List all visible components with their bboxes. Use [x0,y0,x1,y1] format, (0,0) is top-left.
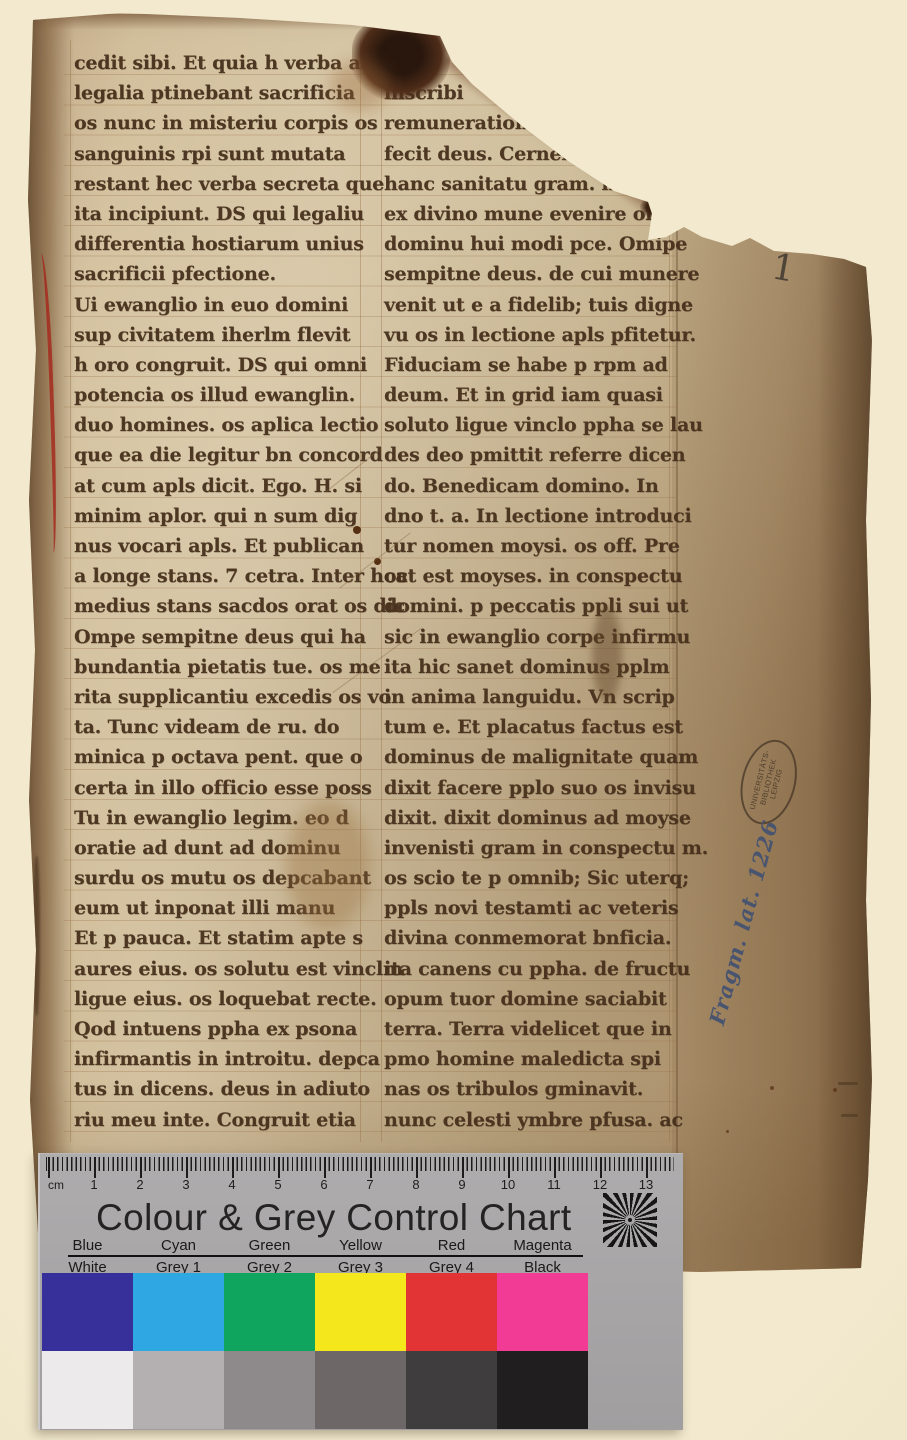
ruler-number: 4 [209,1177,255,1192]
grey-patch [315,1351,406,1429]
grey-patch [133,1351,224,1429]
grey-patch [224,1351,315,1429]
ink-speck [770,1086,774,1090]
manuscript-text-line: tur nomen moysi. os off. Pre [384,531,684,561]
manuscript-text-line: sanguinis rpi sunt mutata [74,139,374,169]
color-patch [224,1273,315,1351]
manuscript-text-line: Qod intuens ppha ex psona [74,1014,374,1044]
manuscript-text-line: potencia os illud ewanglin. [74,380,374,410]
manuscript-text-line: in anima languidu. Vn scrip [384,682,684,712]
manuscript-text-line: venit ut e a fidelib; tuis digne [384,290,684,320]
manuscript-text-line: rita supplicantiu excedis os vo [74,682,374,712]
color-patch-label: Cyan [133,1237,224,1254]
manuscript-text-line: nus vocari apls. Et publican [74,531,374,561]
ruler-number: 1 [71,1177,117,1192]
parchment-top-edge [30,14,450,30]
burn-spot [640,196,666,218]
manuscript-text-line: terra. Terra videlicet que in [384,1014,684,1044]
manuscript-text-line: bundantia pietatis tue. os me [74,652,374,682]
manuscript-text-line: dixit. dixit dominus ad moyse [384,803,684,833]
manuscript-text-line: certa in illo officio esse poss [74,773,374,803]
manuscript-text-line: ppls novi testamti ac veteris [384,893,684,923]
manuscript-text-line: cat est moyses. in conspectu [384,561,684,591]
color-patch-label: Red [406,1237,497,1254]
manuscript-text-line: sempitne deus. de cui munere [384,259,684,289]
label-separator-line [68,1255,583,1257]
color-patch [497,1273,588,1351]
manuscript-text-line: minim aplor. qui n sum dig [74,501,374,531]
ruler-number: 7 [347,1177,393,1192]
manuscript-text-line: nas os tribulos gminavit. [384,1074,684,1104]
manuscript-text-line: remuneration [384,108,684,138]
color-patch [406,1273,497,1351]
color-patch-label: Yellow [315,1237,406,1254]
manuscript-text-line: sic in ewanglio corpe infirmu [384,622,684,652]
manuscript-text-line: ta. Tunc videam de ru. do [74,712,374,742]
manuscript-text-line: restant hec verba secreta que [74,169,374,199]
manuscript-text-line: Ui ewanglio in euo domini [74,290,374,320]
ruler-numbers: 12345678910111213 [71,1177,669,1192]
color-label-row: BlueCyanGreenYellowRedMagenta [42,1237,588,1254]
ink-speck [726,1130,729,1133]
manuscript-text-line: tum e. Et placatus factus est [384,712,684,742]
manuscript-text-line: riu meu inte. Congruit etia [74,1105,374,1135]
manuscript-text-line: os nunc in misteriu corpis os [74,108,374,138]
manuscript-text-line: a longe stans. 7 cetra. Inter hoc [74,561,374,591]
manuscript-left-column: cedit sibi. Et quia h verba aslegalia pt… [74,48,374,1135]
grey-patch [42,1351,133,1429]
manuscript-text-line: os scio te p omnib; Sic uterq; [384,863,684,893]
ruler-number: 6 [301,1177,347,1192]
starburst-focus-target-icon [603,1193,657,1247]
manuscript-text-line: soluto ligue vinclo ppha se lau [384,410,684,440]
manuscript-text-line: minica p octava pent. que o [74,742,374,772]
stain [330,60,390,110]
ruler-number: 5 [255,1177,301,1192]
manuscript-text-line: tus in dicens. deus in adiuto [74,1074,374,1104]
manuscript-text-line: sup civitatem iherlm flevit [74,320,374,350]
manuscript-text-line: ita canens cu ppha. de fructu [384,954,684,984]
manuscript-text-line: que ea die legitur bn concord [74,440,374,470]
stain [592,606,622,702]
stitch-slit [841,1114,858,1117]
manuscript-text-line: divina conmemorat bnficia. [384,923,684,953]
edge-streak [33,856,40,1016]
manuscript-text-line: Fiduciam se habe p rpm ad [384,350,684,380]
manuscript-text-line: opum tuor domine saciabit [384,984,684,1014]
manuscript-text-line: nunc celesti ymbre pfusa. ac [384,1105,684,1135]
grey-patch [497,1351,588,1429]
ruler-unit-label: cm [48,1178,64,1192]
color-patch [133,1273,224,1351]
manuscript-text-line: duo homines. os aplica lectio [74,410,374,440]
color-patch-label: Magenta [497,1237,588,1254]
grey-patch [406,1351,497,1429]
ink-speck [353,526,361,534]
ruler-number: 2 [117,1177,163,1192]
manuscript-text-line: cedit sibi. Et quia h verba as [74,48,374,78]
manuscript-text-line: fecit deus. Cernens [384,139,684,169]
manuscript-text-line: deum. Et in grid iam quasi [384,380,684,410]
ruler-major-ticks [46,1157,674,1178]
color-patch-label: Green [224,1237,315,1254]
ruler-number: 10 [485,1177,531,1192]
grey-patch-row [42,1351,588,1429]
photo-stage: cedit sibi. Et quia h verba aslegalia pt… [0,0,907,1440]
manuscript-text-line: pmo homine maledicta spi [384,1044,684,1074]
manuscript-text-line: ita incipiunt. DS qui legaliu [74,199,374,229]
manuscript-text-line: do. Benedicam domino. In [384,471,684,501]
manuscript-text-line: domini. p peccatis ppli sui ut [384,591,684,621]
manuscript-text-line: aures eius. os solutu est vinclm [74,954,374,984]
color-patch [42,1273,133,1351]
ruler-number: 9 [439,1177,485,1192]
color-patch-label: Blue [42,1237,133,1254]
manuscript-text-line: differentia hostiarum unius [74,229,374,259]
ruler-number: 13 [623,1177,669,1192]
manuscript-text-line: h oro congruit. DS qui omni [74,350,374,380]
ruler-number: 8 [393,1177,439,1192]
manuscript-text-line: ita hic sanet dominus pplm [384,652,684,682]
manuscript-text-line: dno t. a. In lectione introduci [384,501,684,531]
manuscript-text-line: vu os in lectione apls pfitetur. [384,320,684,350]
ruler-number: 3 [163,1177,209,1192]
manuscript-text-line: hanc sanitatu gram. non [384,169,684,199]
manuscript-text-line: dominus de malignitate quam [384,742,684,772]
manuscript-text-line: medius stans sacdos orat os dic [74,591,374,621]
stain [286,800,370,930]
manuscript-text-line: at cum apls dicit. Ego. H. si [74,471,374,501]
manuscript-text-line: invenisti gram in conspectu m. [384,833,684,863]
colour-grey-control-chart: cm 12345678910111213 Colour & Grey Contr… [38,1153,683,1430]
ruler-number: 12 [577,1177,623,1192]
manuscript-text-line: dixit facere pplo suo os invisu [384,773,684,803]
manuscript-text-line: legalia ptinebant sacrificia [74,78,374,108]
ruling-vertical-line [70,40,71,1142]
manuscript-text-line: dominu hui modi pce. Omipe [384,229,684,259]
starburst-center-dot [628,1218,632,1222]
ruler-number: 11 [531,1177,577,1192]
color-patch-row [42,1273,588,1351]
manuscript-text-line: sacrificii pfectione. [74,259,374,289]
stitch-slit [838,1082,858,1085]
ink-speck [833,1088,837,1092]
manuscript-text-line: ligue eius. os loquebat recte. [74,984,374,1014]
color-patch [315,1273,406,1351]
manuscript-text-line: des deo pmittit referre dicen [384,440,684,470]
manuscript-text-line: Ompe sempitne deus qui ha [74,622,374,652]
manuscript-text-line: infirmantis in introitu. depca [74,1044,374,1074]
chart-title: Colour & Grey Control Chart [96,1197,596,1239]
